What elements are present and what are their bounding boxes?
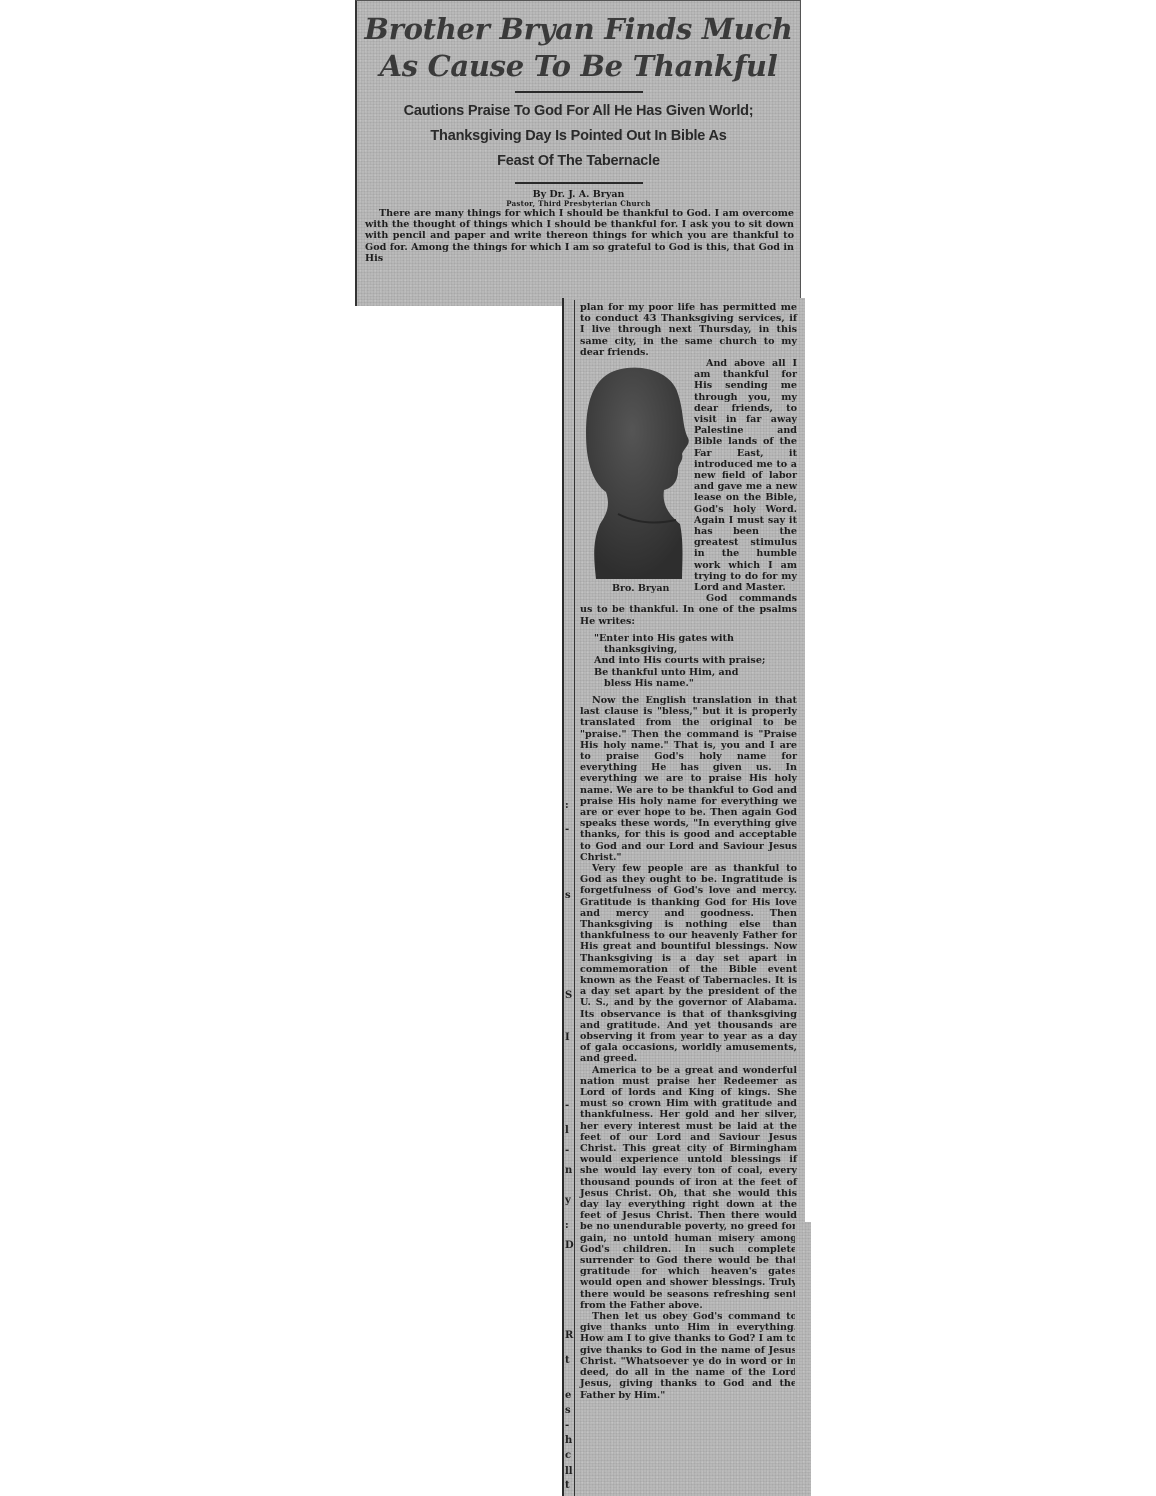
fragment: c bbox=[565, 1450, 571, 1461]
quote-line: bless His name." bbox=[594, 678, 797, 689]
subhead-line-1: Cautions Praise To God For All He Has Gi… bbox=[357, 99, 800, 124]
fragment: S bbox=[565, 990, 572, 1001]
portrait-caption: Bro. Bryan bbox=[612, 583, 669, 594]
psalm-quote: "Enter into His gates with thanksgiving,… bbox=[594, 633, 797, 689]
quote-line: And into His courts with praise; bbox=[594, 655, 797, 666]
fragment: t bbox=[565, 1480, 570, 1491]
headline-line-2: As Cause To Be Thankful bbox=[357, 48, 800, 85]
continuation-paragraph: plan for my poor life has permitted me t… bbox=[580, 302, 797, 358]
paragraph: Then let us obey God's command to give t… bbox=[580, 1311, 797, 1401]
fragment: t bbox=[565, 1355, 570, 1366]
fragment: l bbox=[565, 1125, 569, 1136]
fragment: s bbox=[565, 1405, 571, 1416]
fragment: R bbox=[565, 1330, 573, 1341]
headline: Brother Bryan Finds Much As Cause To Be … bbox=[357, 11, 800, 85]
subhead-line-2: Thanksgiving Day Is Pointed Out In Bible… bbox=[357, 124, 800, 149]
quote-line: thanksgiving, bbox=[594, 644, 797, 655]
fragment: - bbox=[565, 1145, 569, 1156]
article-column: plan for my poor life has permitted me t… bbox=[562, 298, 805, 1496]
quote-line: "Enter into His gates with bbox=[594, 633, 797, 644]
portrait-silhouette-icon bbox=[578, 364, 690, 579]
fragment: - bbox=[565, 824, 569, 835]
fragment: h bbox=[565, 1435, 572, 1446]
paragraph: Very few people are as thankful to God a… bbox=[580, 863, 797, 1065]
fragment: - bbox=[565, 1100, 569, 1111]
adjacent-column-fragments: : - s S I - l - n y : D R t e s - h c ll… bbox=[563, 800, 575, 1496]
paragraph: Now the English translation in that last… bbox=[580, 695, 797, 863]
subhead-divider bbox=[515, 182, 643, 184]
fragment: I bbox=[565, 1032, 570, 1043]
quote-line: Be thankful unto Him, and bbox=[594, 667, 797, 678]
fragment: s bbox=[565, 890, 571, 901]
paragraph: America to be a great and wonderful nati… bbox=[580, 1065, 797, 1311]
fragment: : bbox=[565, 1220, 569, 1231]
fragment: y bbox=[565, 1195, 571, 1206]
headline-line-1: Brother Bryan Finds Much bbox=[357, 11, 800, 48]
lead-paragraph: There are many things for which I should… bbox=[365, 208, 794, 264]
article-header-block: Brother Bryan Finds Much As Cause To Be … bbox=[355, 0, 801, 306]
portrait: Bro. Bryan bbox=[578, 364, 690, 596]
column-scan-edge bbox=[795, 1222, 811, 1496]
fragment: : bbox=[565, 800, 569, 811]
column-body: plan for my poor life has permitted me t… bbox=[564, 298, 805, 1401]
fragment: e bbox=[565, 1390, 571, 1401]
byline-title: Pastor, Third Presbyterian Church bbox=[357, 200, 800, 208]
fragment: D bbox=[565, 1240, 574, 1251]
fragment: n bbox=[565, 1165, 572, 1176]
subhead-line-3: Feast Of The Tabernacle bbox=[357, 149, 800, 174]
headline-divider bbox=[515, 91, 643, 93]
paragraph: God commands us to be thankful. In one o… bbox=[580, 593, 797, 627]
fragment: - bbox=[565, 1420, 569, 1431]
subheadline: Cautions Praise To God For All He Has Gi… bbox=[357, 99, 800, 174]
fragment: ll bbox=[565, 1466, 573, 1477]
